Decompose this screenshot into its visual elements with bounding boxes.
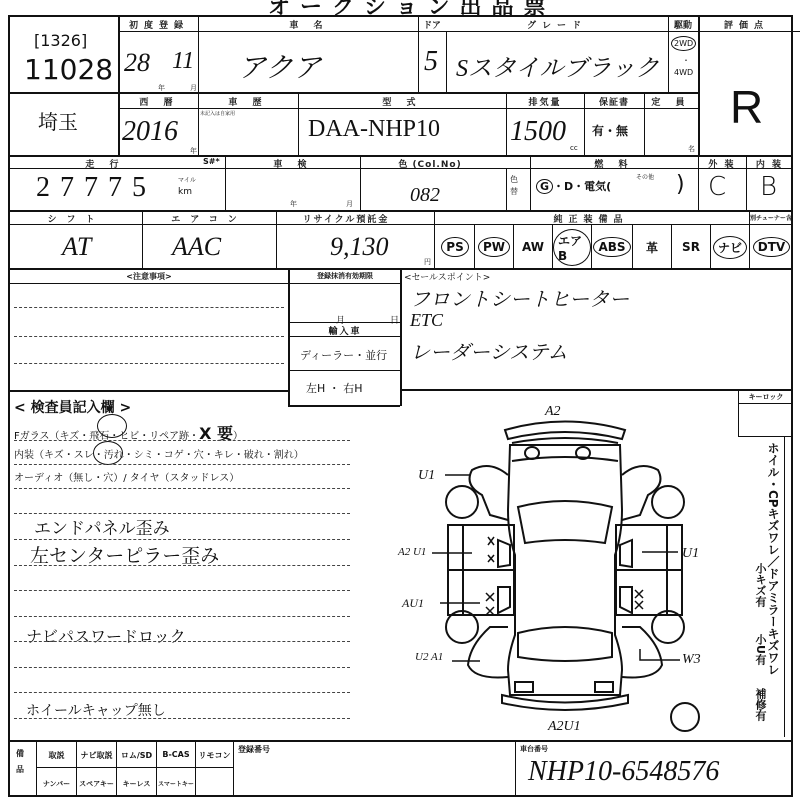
displacement-value: 1500 [510, 116, 566, 148]
grade-value: Sスタイルブラック [456, 48, 659, 83]
interior-grade: B [760, 172, 777, 202]
fuel-options: G・D・電気( [536, 178, 611, 194]
inspector-note-1: エンドパネル歪み [34, 514, 170, 539]
acc-number-plate: ナンバー [37, 779, 76, 789]
first-registration-month: 11 [172, 48, 194, 75]
warranty-label: 保証書 [584, 95, 644, 108]
import-dealer: ディーラー・並行 [300, 347, 387, 363]
car-name: アクア [238, 46, 321, 86]
warranty-value: 有・無 [592, 122, 628, 139]
inspector-note-3: ナビパスワードロック [26, 624, 186, 647]
acc-smart-key: スマートキー [157, 779, 195, 788]
interior-label: 内 装 [746, 157, 793, 170]
inspection-label: 車 検 [226, 157, 360, 170]
doors-label: ドア [418, 18, 446, 31]
first-registration-year: 28 [124, 48, 150, 78]
acc-keyless: キーレス [117, 779, 156, 789]
registration-expiry-label: 登録抹消有効期限 [290, 271, 400, 281]
doors-value: 5 [424, 46, 438, 78]
audio-tire-line: オーディオ（無し・穴）/ タイヤ（スタッドレス） [14, 469, 239, 484]
interior-stain-selected-mark [93, 441, 123, 465]
side-note-repair: 補修有 [752, 688, 768, 721]
score-label: 評価点 [700, 18, 793, 31]
svg-text:A2U1: A2U1 [547, 719, 581, 734]
mark-front: A2 [544, 404, 561, 419]
inspector-note-2: 左センターピラー歪み [30, 541, 219, 568]
drive-4wd: 4WD [674, 68, 693, 77]
inspector-line [14, 539, 350, 540]
score-value: R [730, 80, 763, 134]
notes-label: <注意事項> [10, 271, 288, 282]
equipment-navi: ナビ [711, 232, 749, 262]
grade-label: グレード [446, 18, 668, 31]
color-change-label: 色替 [510, 174, 518, 198]
history-label: 車 歴 [198, 95, 298, 108]
acc-remote: リモコン [196, 750, 233, 761]
fuel-gasoline-selected: G [536, 179, 553, 194]
side-note-small-scratch: 小キズ有 [752, 563, 768, 607]
model-code: DAA-NHP10 [308, 116, 440, 143]
sales-point-2: ETC [410, 310, 443, 331]
shift-value: AT [62, 232, 91, 262]
inspector-line [14, 616, 350, 617]
inspector-line [14, 718, 350, 719]
keylock-label: キーロック [739, 391, 793, 404]
region: 埼玉 [38, 106, 78, 135]
import-handle: 左H ・ 右H [306, 380, 363, 396]
acc-rom-sd: ロム/SD [117, 750, 156, 761]
car-damage-diagram: A2 U1 A2 U1 AU1 U2 A1 U1 W3 A2U1 [390, 395, 740, 740]
western-year-label: 西 暦 [120, 95, 198, 108]
notes-line [14, 307, 284, 308]
inspector-line [14, 590, 350, 591]
inspector-line [14, 464, 350, 465]
inspector-line [14, 692, 350, 693]
windshield-chip-selected-mark [97, 414, 127, 438]
exterior-label: 外 装 [698, 157, 746, 170]
chassis-number-label: 車台番号 [520, 744, 548, 754]
accessories-label: 備品 [16, 746, 28, 778]
acc-navi-manual: ナビ取説 [77, 750, 116, 761]
chassis-number: NHP10-6548576 [528, 756, 719, 788]
inspector-line [14, 667, 350, 668]
equipment-aw: AW [514, 232, 552, 262]
color-label: 色 (Col.No) [360, 157, 500, 170]
aircon-label: エアコン [142, 212, 276, 225]
svg-text:A2 U1: A2 U1 [397, 546, 426, 558]
drive-label: 駆動 [668, 18, 698, 31]
acc-bcas: B-CAS [157, 750, 195, 759]
notes-line [14, 363, 284, 364]
equipment-pw: PW [475, 232, 513, 262]
lot-number: 11028 [24, 53, 113, 86]
inspector-note-4: ホイールキャップ無し [26, 700, 166, 720]
drive-2wd: 2WD [671, 36, 696, 51]
svg-text:U2 A1: U2 A1 [415, 651, 443, 663]
acc-spare-key: スペアキー [77, 779, 116, 789]
svg-text:W3: W3 [682, 652, 701, 667]
mileage-value: 27775 [36, 172, 156, 204]
car-name-label: 車 名 [200, 18, 418, 31]
equipment-dtv: DTV [750, 232, 793, 262]
lot-cell: [1326] 11028 [10, 17, 118, 92]
inspector-line [14, 488, 350, 489]
history-note: 未記入は自家用 [200, 110, 235, 117]
equipment-abs: ABS [592, 232, 632, 262]
displacement-label: 排気量 [506, 95, 584, 108]
inspector-line [14, 641, 350, 642]
svg-text:U1: U1 [418, 468, 435, 483]
equipment-ps: PS [436, 232, 474, 262]
inspector-line [14, 440, 350, 441]
first-registration-label: 初度登録 [120, 18, 198, 31]
keylock-box: キーロック [738, 391, 793, 437]
sales-points-label: <セールスポイント> [404, 270, 490, 283]
western-year: 2016 [122, 116, 178, 148]
svg-text:U1: U1 [682, 546, 699, 561]
exterior-grade: C [708, 172, 726, 202]
model-code-label: 型 式 [298, 95, 506, 108]
aircon-value: AAC [172, 232, 221, 262]
capacity-label: 定 員 [644, 95, 698, 108]
inspector-line [14, 565, 350, 566]
side-note-small-dent: 小U有 [752, 634, 768, 665]
equipment-leather: 革 [633, 232, 671, 262]
color-value: 082 [410, 184, 440, 207]
equipment-airbag: エアB [553, 232, 591, 262]
acc-manual: 取説 [37, 750, 76, 761]
side-note-main: ホイル・CPキズワレ／ドアミラーキズワレ [766, 442, 780, 676]
interior-condition-line: 内装（キズ・スレ・汚れ・シミ・コゲ・穴・キレ・破れ・割れ） [14, 446, 304, 461]
registration-number-label: 登録番号 [238, 744, 270, 755]
equipment-sunroof: SR [672, 232, 710, 262]
sales-point-3: レーダーシステム [410, 336, 568, 365]
fuel-label: 燃 料 [530, 157, 698, 170]
recycle-value: 9,130 [330, 232, 389, 262]
notes-line [14, 336, 284, 337]
svg-text:AU1: AU1 [401, 596, 424, 610]
sales-point-1: フロントシートヒーター [410, 283, 629, 312]
recycle-label: リサイクル預託金 [276, 212, 416, 225]
lot-tag: [1326] [34, 31, 87, 50]
